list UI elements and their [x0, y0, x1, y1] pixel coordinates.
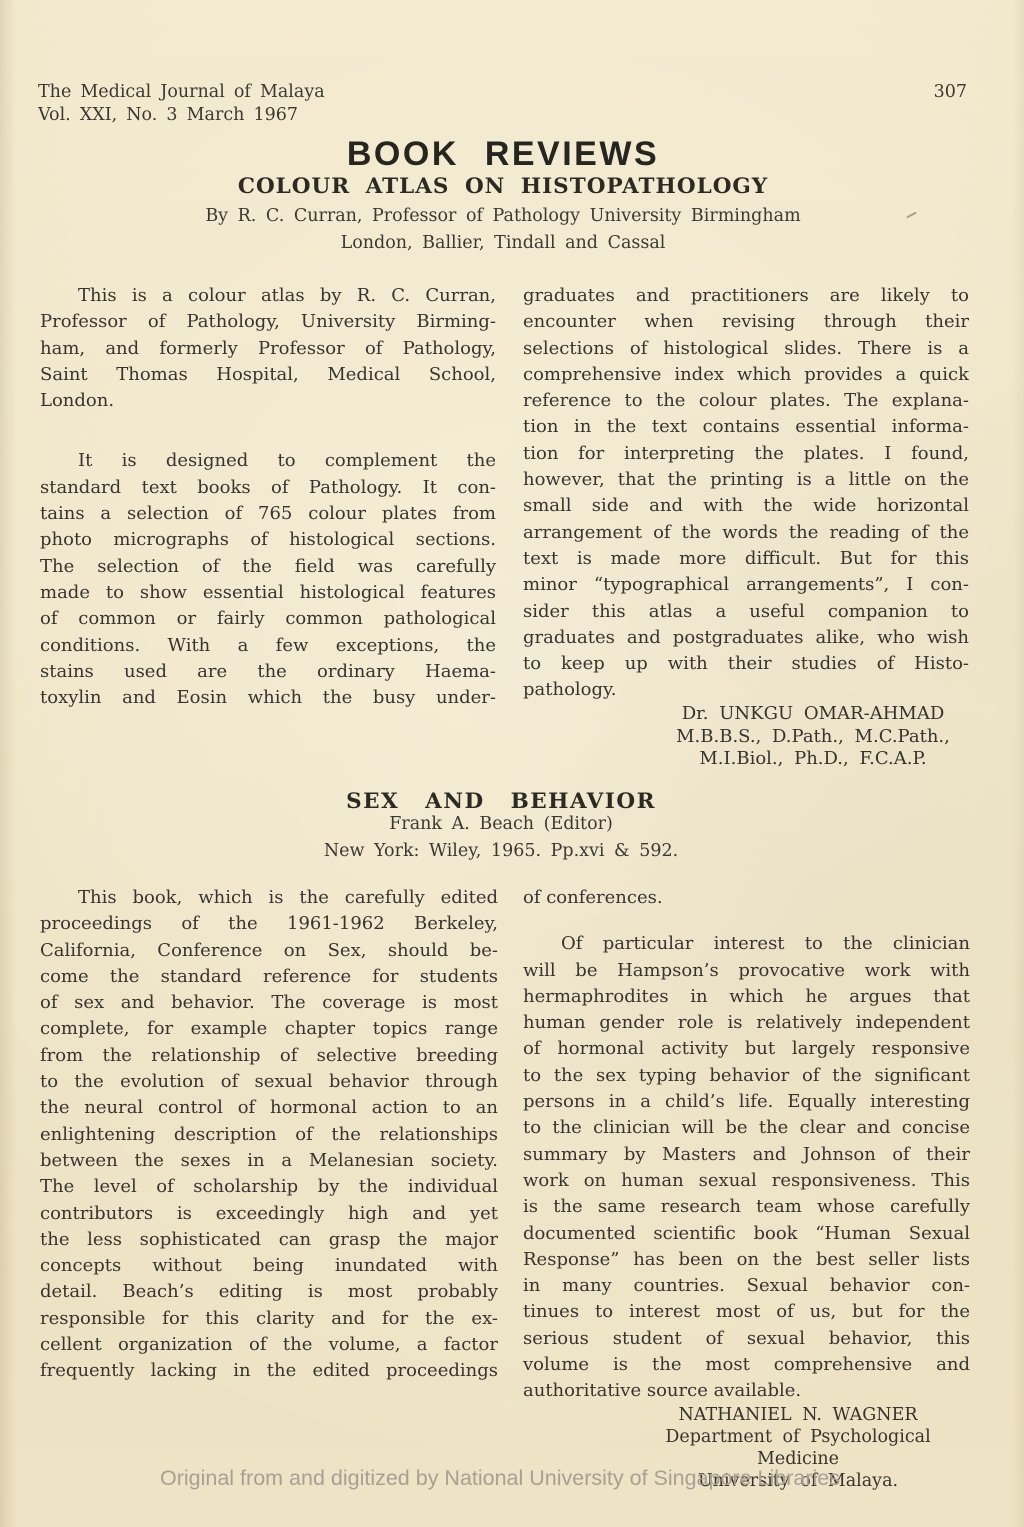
text-line: London, Ballier, Tindall and Cassal: [0, 230, 1006, 257]
text-line: complete, for example chapter topics ran…: [40, 1016, 498, 1042]
text-line: comprehensive index which provides a qui…: [523, 362, 969, 388]
text-line: minor “typographical arrangements”, I co…: [523, 572, 969, 598]
text-line: documented scientific book “Human Sexual: [523, 1221, 970, 1247]
text-line: enlightening description of the relation…: [40, 1122, 498, 1148]
text-line: will be Hampson’s provocative work with: [523, 958, 970, 984]
paragraph: This is a colour atlas by R. C. Curran,P…: [40, 283, 496, 414]
text-line: of sex and behavior. The coverage is mos…: [40, 990, 498, 1016]
text-line: It is designed to complement the: [40, 448, 496, 474]
text-line: from the relationship of selective breed…: [40, 1043, 498, 1069]
text-line: serious student of sexual behavior, this: [523, 1326, 970, 1352]
text-line: volume is the most comprehensive and: [523, 1352, 970, 1378]
text-line: Dr. UNKGU OMAR-AHMAD: [657, 703, 969, 726]
text-line: selections of histological slides. There…: [523, 336, 969, 362]
text-line: contributors is exceedingly high and yet: [40, 1201, 498, 1227]
text-line: summary by Masters and Johnson of their: [523, 1142, 970, 1168]
journal-issue-line: Vol. XXI, No. 3 March 1967: [38, 104, 325, 127]
text-line: sider this atlas a useful companion to: [523, 599, 969, 625]
text-line: persons in a child’s life. Equally inter…: [523, 1089, 970, 1115]
text-line: Saint Thomas Hospital, Medical School,: [40, 362, 496, 388]
text-line: text is made more difficult. But for thi…: [523, 546, 969, 572]
text-line: arrangement of the words the reading of …: [523, 520, 969, 546]
text-line: proceedings of the 1961-1962 Berkeley,: [40, 911, 498, 937]
text-line: is the same research team whose carefull…: [523, 1194, 970, 1220]
review-1-title: COLOUR ATLAS ON HISTOPATHOLOGY: [0, 174, 1006, 199]
text-line: tion in the text contains essential info…: [523, 414, 969, 440]
text-line: photo micrographs of histological sectio…: [40, 527, 496, 553]
paragraph: graduates and practitioners are likely t…: [523, 283, 969, 704]
review-1-meta: By R. C. Curran, Professor of Pathology …: [0, 203, 1006, 256]
text-line: however, that the printing is a little o…: [523, 467, 969, 493]
text-line: This book, which is the carefully edited: [40, 885, 498, 911]
text-line: New York: Wiley, 1965. Pp.xvi & 592.: [0, 838, 1002, 865]
scanned-journal-page: The Medical Journal of Malaya Vol. XXI, …: [0, 0, 1024, 1527]
text-line: detail. Beach’s editing is most probably: [40, 1279, 498, 1305]
text-line: Professor of Pathology, University Birmi…: [40, 309, 496, 335]
text-line: M.B.B.S., D.Path., M.C.Path.,: [657, 726, 969, 749]
text-line: By R. C. Curran, Professor of Pathology …: [0, 203, 1006, 230]
text-line: M.I.Biol., Ph.D., F.C.A.P.: [657, 748, 969, 771]
text-line: of hormonal activity but largely respons…: [523, 1036, 970, 1062]
text-line: to the evolution of sexual behavior thro…: [40, 1069, 498, 1095]
section-title: BOOK REVIEWS: [0, 135, 1006, 174]
text-line: This is a colour atlas by R. C. Curran,: [40, 283, 496, 309]
text-line: pathology.: [523, 677, 969, 703]
paragraph: This book, which is the carefully edited…: [40, 885, 498, 1385]
page-number: 307: [934, 82, 967, 102]
text-line: standard text books of Pathology. It con…: [40, 475, 496, 501]
text-line: to the clinician will be the clear and c…: [523, 1115, 970, 1141]
text-line: the neural control of hormonal action to…: [40, 1095, 498, 1121]
journal-name: The Medical Journal of Malaya: [38, 81, 325, 104]
text-line: come the standard reference for students: [40, 964, 498, 990]
text-line: small side and with the wide horizontal: [523, 493, 969, 519]
review-2-meta: Frank A. Beach (Editor)New York: Wiley, …: [0, 811, 1002, 864]
text-line: frequently lacking in the edited proceed…: [40, 1358, 498, 1384]
text-line: to keep up with their studies of Histo-: [523, 651, 969, 677]
text-line: to the sex typing behavior of the signif…: [523, 1063, 970, 1089]
text-line: stains used are the ordinary Haema-: [40, 659, 496, 685]
text-line: work on human sexual responsiveness. Thi…: [523, 1168, 970, 1194]
text-line: reference to the colour plates. The expl…: [523, 388, 969, 414]
text-line: tion for interpreting the plates. I foun…: [523, 441, 969, 467]
paragraph: of conferences.: [523, 885, 970, 911]
text-line: tains a selection of 765 colour plates f…: [40, 501, 496, 527]
digitization-watermark: Original from and digitized by National …: [0, 1466, 1000, 1491]
paragraph: It is designed to complement thestandard…: [40, 448, 496, 711]
text-line: the less sophisticated can grasp the maj…: [40, 1227, 498, 1253]
text-line: of conferences.: [523, 885, 970, 911]
review-2-right-column: of conferences.Of particular interest to…: [523, 885, 970, 1405]
text-line: of common or fairly common pathological: [40, 606, 496, 632]
text-line: The selection of the field was carefully: [40, 554, 496, 580]
text-line: human gender role is relatively independ…: [523, 1010, 970, 1036]
text-line: Response” has been on the best seller li…: [523, 1247, 970, 1273]
text-line: ham, and formerly Professor of Pathology…: [40, 336, 496, 362]
text-line: California, Conference on Sex, should be…: [40, 938, 498, 964]
text-line: NATHANIEL N. WAGNER: [622, 1404, 974, 1426]
text-line: London.: [40, 388, 496, 414]
text-line: The level of scholarship by the individu…: [40, 1174, 498, 1200]
text-line: encounter when revising through their: [523, 309, 969, 335]
paragraph: Of particular interest to the clinicianw…: [523, 931, 970, 1404]
text-line: made to show essential histological feat…: [40, 580, 496, 606]
text-line: responsible for this clarity and for the…: [40, 1306, 498, 1332]
text-line: conditions. With a few exceptions, the: [40, 633, 496, 659]
text-line: Of particular interest to the clinician: [523, 931, 970, 957]
text-line: graduates and postgraduates alike, who w…: [523, 625, 969, 651]
review-1-signature: Dr. UNKGU OMAR-AHMADM.B.B.S., D.Path., M…: [657, 703, 969, 771]
review-1-right-column: graduates and practitioners are likely t…: [523, 283, 969, 704]
text-line: between the sexes in a Melanesian societ…: [40, 1148, 498, 1174]
text-line: cellent organization of the volume, a fa…: [40, 1332, 498, 1358]
text-line: concepts without being inundated with: [40, 1253, 498, 1279]
text-line: in many countries. Sexual behavior con-: [523, 1273, 970, 1299]
masthead: The Medical Journal of Malaya Vol. XXI, …: [38, 81, 325, 126]
text-line: Frank A. Beach (Editor): [0, 811, 1002, 838]
text-line: Department of Psychological Medicine: [622, 1426, 974, 1470]
text-line: authoritative source available.: [523, 1378, 970, 1404]
review-2-left-column: This book, which is the carefully edited…: [40, 885, 498, 1385]
text-line: graduates and practitioners are likely t…: [523, 283, 969, 309]
text-line: tinues to interest most of us, but for t…: [523, 1299, 970, 1325]
text-line: hermaphrodites in which he argues that: [523, 984, 970, 1010]
text-line: toxylin and Eosin which the busy under-: [40, 685, 496, 711]
review-1-left-column: This is a colour atlas by R. C. Curran,P…: [40, 283, 496, 711]
